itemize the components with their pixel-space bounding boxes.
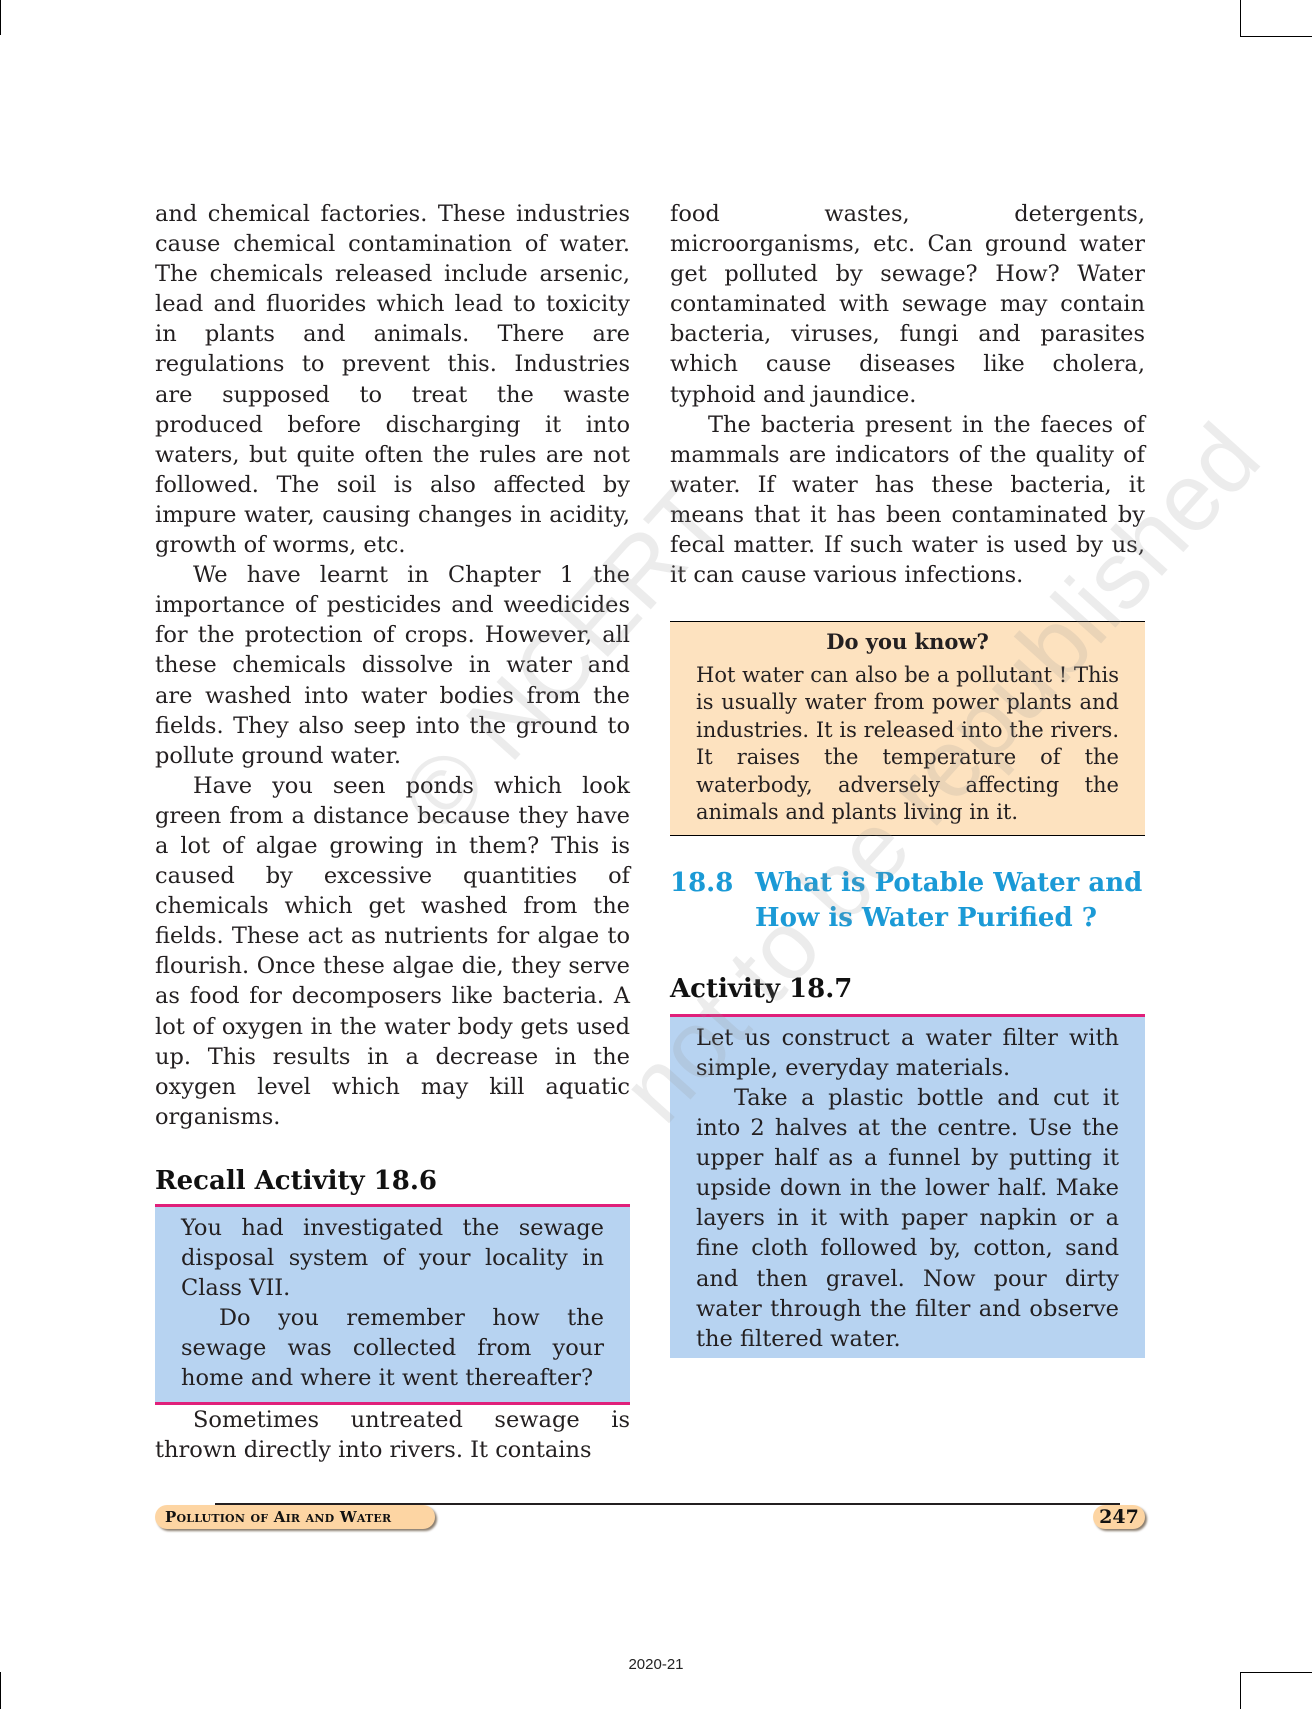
right-column: food wastes, detergents, microorganisms,… bbox=[670, 199, 1145, 1358]
paragraph-untreated-sewage: Sometimes untreated sewage is thrown dir… bbox=[155, 1405, 630, 1465]
crop-mark-bottom-left bbox=[0, 1672, 1, 1709]
footer-chapter-title: Pollution of Air and Water bbox=[155, 1505, 435, 1529]
page-number: 247 bbox=[1093, 1505, 1145, 1529]
activity-text-2: Take a plastic bottle and cut it into 2 … bbox=[696, 1083, 1119, 1354]
do-you-know-box: Do you know? Hot water can also be a pol… bbox=[670, 621, 1145, 836]
activity-box: Let us construct a water filter with sim… bbox=[670, 1014, 1145, 1358]
crop-mark-bottom-right-v bbox=[1240, 1672, 1241, 1709]
recall-activity-text-1: You had investigated the sewage disposal… bbox=[181, 1213, 604, 1303]
section-number: 18.8 bbox=[670, 866, 755, 936]
crop-mark-top-left bbox=[0, 0, 1, 35]
recall-activity-text-2: Do you remember how the sewage was colle… bbox=[181, 1303, 604, 1393]
left-column: and chemical factories. These industries… bbox=[155, 199, 630, 1465]
paragraph-sewage-contents: food wastes, detergents, microorganisms,… bbox=[670, 199, 1145, 410]
paragraph-bacteria: The bacteria present in the faeces of ma… bbox=[670, 410, 1145, 591]
paragraph-algae: Have you seen ponds which look green fro… bbox=[155, 771, 630, 1132]
do-you-know-title: Do you know? bbox=[696, 628, 1119, 656]
paragraph-pesticides: We have learnt in Chapter 1 the importan… bbox=[155, 560, 630, 771]
recall-activity-heading: Recall Activity 18.6 bbox=[155, 1166, 630, 1196]
recall-activity-box: You had investigated the sewage disposal… bbox=[155, 1204, 630, 1405]
edition-year: 2020-21 bbox=[0, 1656, 1312, 1673]
crop-mark-top-right-v bbox=[1240, 0, 1241, 36]
do-you-know-text: Hot water can also be a pollutant ! This… bbox=[696, 662, 1119, 827]
activity-heading: Activity 18.7 bbox=[670, 974, 1145, 1004]
activity-text-1: Let us construct a water filter with sim… bbox=[696, 1023, 1119, 1083]
section-title: What is Potable Water and How is Water P… bbox=[755, 866, 1145, 936]
paragraph-industrial-chemicals: and chemical factories. These industries… bbox=[155, 199, 630, 560]
section-heading: 18.8 What is Potable Water and How is Wa… bbox=[670, 866, 1145, 936]
crop-mark-top-right-h bbox=[1240, 36, 1312, 37]
